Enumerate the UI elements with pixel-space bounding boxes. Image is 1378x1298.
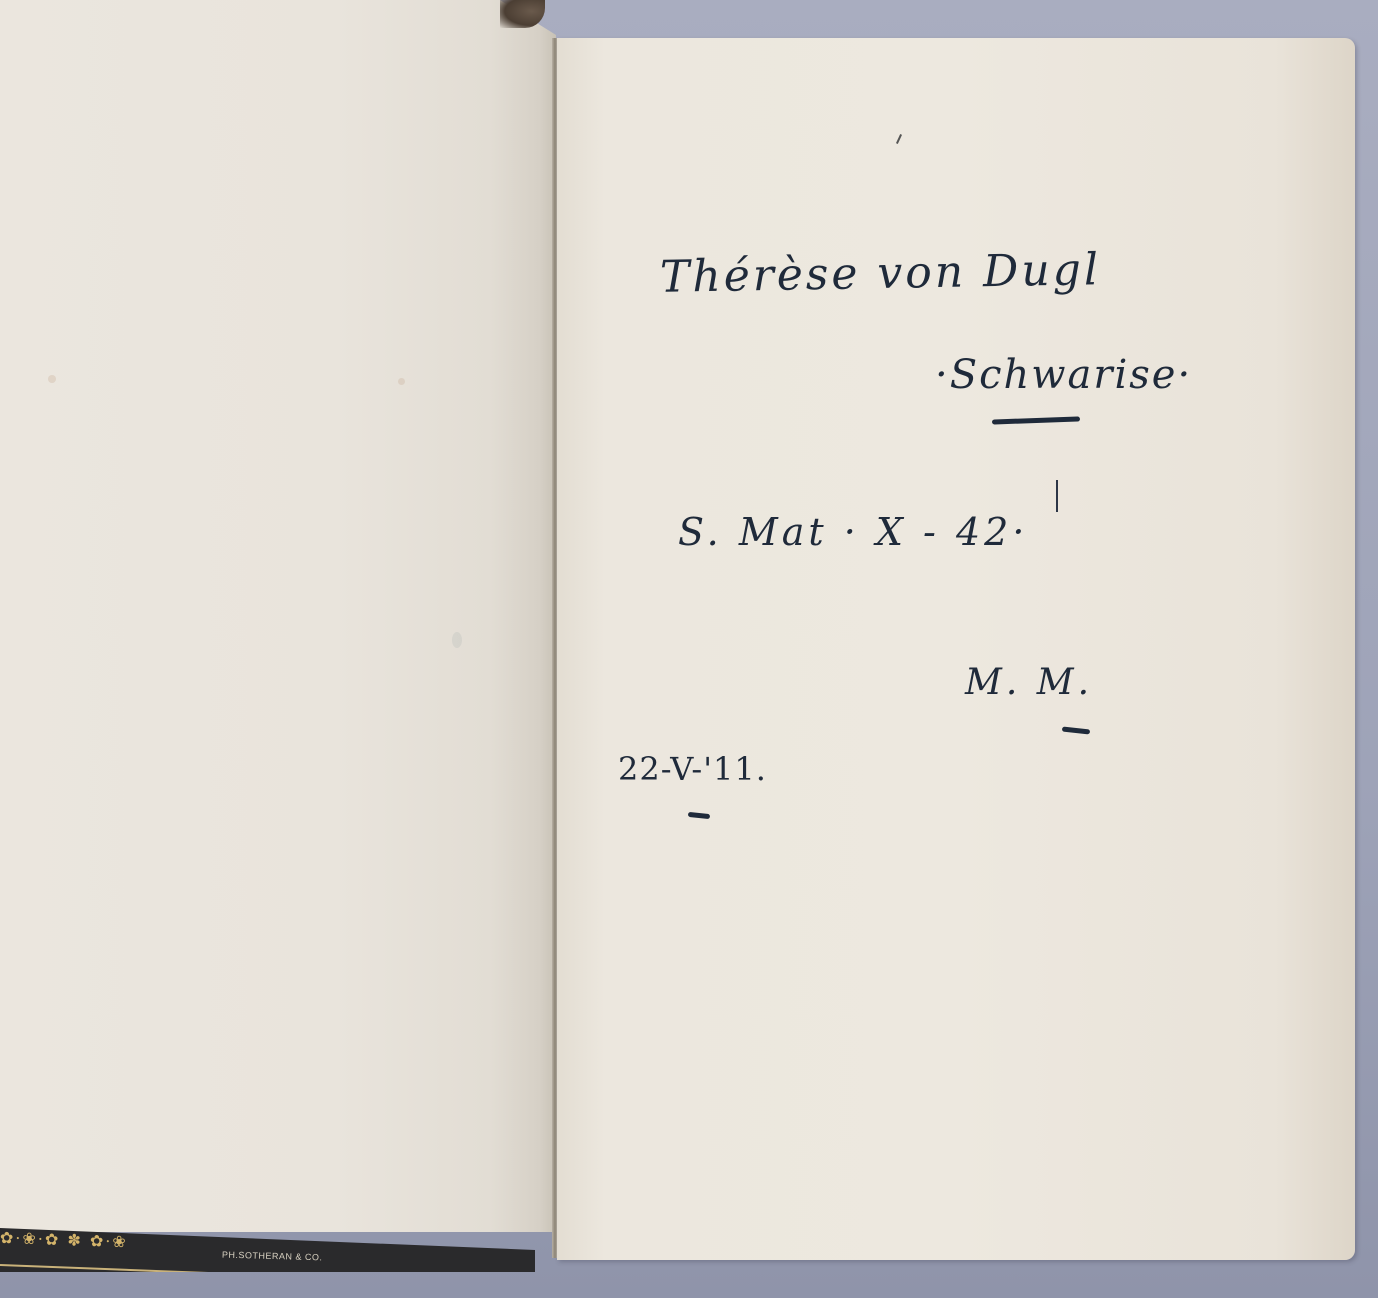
foxing-spot (398, 378, 405, 385)
left-flyleaf-page (0, 0, 556, 1232)
inscription-name-line-2: ·Schwarise· (935, 352, 1192, 398)
inscription-initials: M. M. (965, 662, 1093, 703)
gilt-rule (0, 1264, 535, 1287)
inscription-scripture-reference: S. Mat · X - 42· (678, 510, 1028, 554)
foxing-spot (48, 375, 56, 383)
inscription-name-line-1: Thérèse von Dugl (660, 244, 1102, 303)
photo-scene: Thérèse von Dugl ·Schwarise· S. Mat · X … (0, 0, 1378, 1298)
inscription-tick-mark (1056, 480, 1058, 512)
cover-edge-top (500, 0, 545, 28)
inscription-date: 22-V-'11. (618, 750, 767, 788)
foxing-spot (452, 632, 462, 648)
right-flyleaf-page (557, 38, 1355, 1260)
